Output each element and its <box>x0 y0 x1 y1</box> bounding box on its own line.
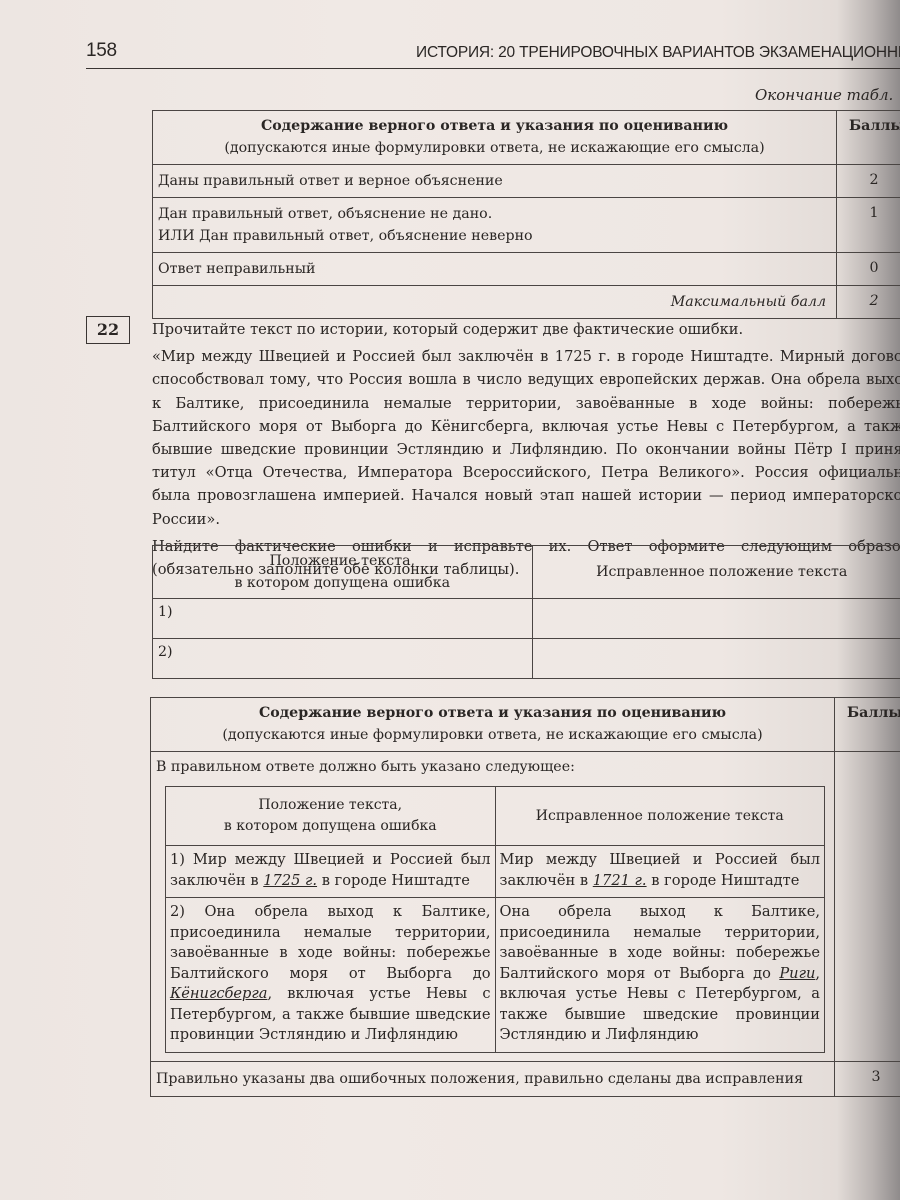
table-header-row: Содержание верного ответа и указания по … <box>151 698 900 752</box>
book-title: ИСТОРИЯ: 20 ТРЕНИРОВОЧНЫХ ВАРИАНТОВ ЭКЗА… <box>416 44 900 62</box>
table-row: 2) <box>153 639 900 679</box>
correction-highlight: 1721 г. <box>593 872 647 889</box>
col-error-position-line2: в котором допущена ошибка <box>224 818 437 834</box>
header-points: Баллы <box>835 698 900 752</box>
col-error-position: Положение текста, <box>258 797 402 813</box>
table-row: 1) Мир между Швецией и Россией был заклю… <box>166 846 825 898</box>
error-highlight: Кёнигсберга <box>170 985 267 1002</box>
max-score-row: Максимальный балл 2 <box>153 286 900 319</box>
col-error-position-line2: в котором допущена ошибка <box>234 575 450 591</box>
table-continuation-note: Окончание табл. <box>755 86 893 104</box>
table-row: Дан правильный ответ, объяснение не дано… <box>153 198 900 253</box>
scoring-table-task-22: Содержание верного ответа и указания по … <box>150 697 900 1097</box>
error-highlight: 1725 г. <box>263 872 317 889</box>
error-statement: 2) Она обрела выход к Балтике, присоедин… <box>166 898 496 1053</box>
final-criterion-text: Правильно указаны два ошибочных положени… <box>151 1061 835 1096</box>
table-row: Даны правильный ответ и верное объяснени… <box>153 165 900 198</box>
task-number-badge: 22 <box>86 316 130 344</box>
correction-highlight: Риги <box>779 965 815 982</box>
header-sub: (допускаются иные формулировки ответа, н… <box>224 140 764 156</box>
table-row: 1) <box>153 599 900 639</box>
answer-row-label: 1) <box>153 599 533 639</box>
corrected-statement: Она обрела выход к Балтике, присоединила… <box>495 898 825 1053</box>
correct-answer-table: Положение текста, в котором допущена оши… <box>165 786 825 1053</box>
answer-form-table: Положение текста, в котором допущена оши… <box>152 545 900 679</box>
task-instruction: Прочитайте текст по истории, который сод… <box>152 318 900 341</box>
answer-cell-empty <box>532 599 900 639</box>
table-header-row: Содержание верного ответа и указания по … <box>153 111 900 165</box>
table-row: Ответ неправильный 0 <box>153 253 900 286</box>
header-sub: (допускаются иные формулировки ответа, н… <box>222 727 762 743</box>
running-header: 158 ИСТОРИЯ: 20 ТРЕНИРОВОЧНЫХ ВАРИАНТОВ … <box>86 38 900 69</box>
corrected-statement: Мир между Швецией и Россией был заключён… <box>495 846 825 898</box>
answer-cell-empty <box>532 639 900 679</box>
col-corrected-position: Исправленное положение текста <box>495 787 825 846</box>
header-points: Баллы <box>837 111 900 165</box>
task-quote: «Мир между Швецией и Россией был заключё… <box>152 345 900 531</box>
criterion-points: 2 <box>837 165 900 198</box>
criterion-text: Дан правильный ответ, объяснение не дано… <box>158 206 492 222</box>
criterion-points: 1 <box>837 198 900 253</box>
final-criterion-row: Правильно указаны два ошибочных положени… <box>151 1061 900 1096</box>
page-number: 158 <box>86 40 117 62</box>
header-main: Содержание верного ответа и указания по … <box>259 705 726 721</box>
criterion-text: Ответ неправильный <box>153 253 837 286</box>
max-score-label: Максимальный балл <box>153 286 837 319</box>
task-body: Прочитайте текст по истории, который сод… <box>152 318 900 581</box>
table-row: 2) Она обрела выход к Балтике, присоедин… <box>166 898 825 1053</box>
col-error-position: Положение текста, <box>269 553 415 569</box>
criterion-points: 0 <box>837 253 900 286</box>
final-criterion-points: 3 <box>835 1061 900 1096</box>
max-score-value: 2 <box>837 286 900 319</box>
col-corrected-position: Исправленное положение текста <box>532 546 900 599</box>
criterion-text-alt: ИЛИ Дан правильный ответ, объяснение нев… <box>158 228 533 244</box>
scoring-table-previous: Содержание верного ответа и указания по … <box>152 110 900 319</box>
criterion-text: Даны правильный ответ и верное объяснени… <box>153 165 837 198</box>
header-main: Содержание верного ответа и указания по … <box>261 118 728 134</box>
answer-intro: В правильном ответе должно быть указано … <box>156 756 829 778</box>
error-statement: 1) Мир между Швецией и Россией был заклю… <box>166 846 496 898</box>
answer-row-label: 2) <box>153 639 533 679</box>
